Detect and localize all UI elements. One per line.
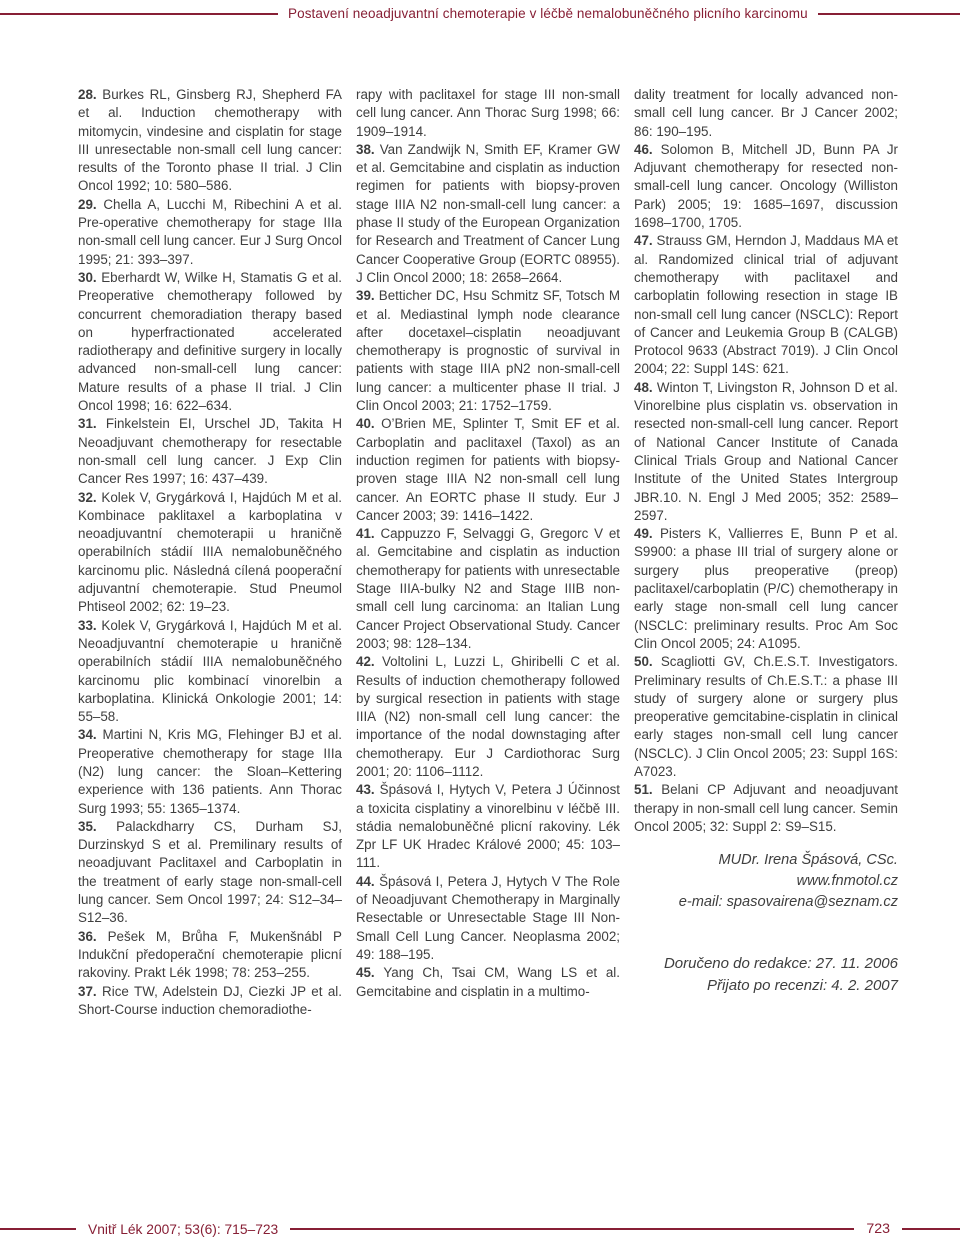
journal-citation: Vnitř Lék 2007; 53(6): 715–723 [76,1222,290,1237]
reference-item: 37. Rice TW, Adelstein DJ, Ciezki JP et … [78,983,342,1020]
reference-item: 35. Palackdharry CS, Durham SJ, Durzinsk… [78,818,342,928]
reference-number: 48. [634,380,657,395]
page-number: 723 [854,1221,902,1237]
reference-number: 36. [78,929,108,944]
reference-item: 29. Chella A, Lucchi M, Ribechini A et a… [78,196,342,269]
reference-number: 33. [78,618,101,633]
reference-number: 34. [78,727,102,742]
running-header: Postavení neoadjuvantní chemoterapie v l… [0,6,960,21]
header-rule-left [0,13,278,15]
reference-number: 31. [78,416,106,431]
editorial-date-line: Doručeno do redakce: 27. 11. 2006 [634,953,898,975]
journal-page: Postavení neoadjuvantní chemoterapie v l… [0,0,960,1241]
article-title: Postavení neoadjuvantní chemoterapie v l… [278,6,818,21]
reference-item: 51. Belani CP Adjuvant and neoadjuvant t… [634,781,898,836]
author-signature-line: MUDr. Irena Špásová, CSc. [634,850,898,871]
reference-number: 41. [356,526,380,541]
author-signature-line: e-mail: spasovairena@seznam.cz [634,892,898,913]
reference-number: 32. [78,490,101,505]
reference-number: 35. [78,819,116,834]
reference-column-3: dality treatment for locally advanced no… [634,86,898,1019]
reference-number: 30. [78,270,101,285]
footer-rule-middle [290,1228,854,1230]
reference-item: 46. Solomon B, Mitchell JD, Bunn PA Jr A… [634,141,898,232]
reference-number: 28. [78,87,102,102]
footer-rule-left [0,1228,76,1230]
reference-number: 37. [78,984,102,999]
reference-column-3-refs: dality treatment for locally advanced no… [634,86,898,836]
reference-number: 49. [634,526,660,541]
editorial-date-line: Přijato po recenzi: 4. 2. 2007 [634,975,898,997]
reference-number: 50. [634,654,661,669]
reference-item: 34. Martini N, Kris MG, Flehinger BJ et … [78,726,342,817]
reference-item: dality treatment for locally advanced no… [634,86,898,141]
reference-item: 43. Špásová I, Hytych V, Petera J Účinno… [356,781,620,872]
reference-number: 29. [78,197,103,212]
reference-item: rapy with paclitaxel for stage III non-s… [356,86,620,141]
reference-number: 46. [634,142,661,157]
reference-item: 45. Yang Ch, Tsai CM, Wang LS et al. Gem… [356,964,620,1001]
reference-item: 48. Winton T, Livingston R, Johnson D et… [634,379,898,525]
reference-number: 51. [634,782,661,797]
author-signature-block: MUDr. Irena Špásová, CSc.www.fnmotol.cze… [634,850,898,913]
reference-number: 47. [634,233,657,248]
reference-columns: 28. Burkes RL, Ginsberg RJ, Shepherd FA … [78,86,898,1019]
reference-item: 30. Eberhardt W, Wilke H, Stamatis G et … [78,269,342,415]
reference-number: 38. [356,142,380,157]
reference-item: 28. Burkes RL, Ginsberg RJ, Shepherd FA … [78,86,342,196]
reference-number: 44. [356,874,379,889]
running-footer: Vnitř Lék 2007; 53(6): 715–723 723 [0,1221,960,1237]
footer-rule-right [902,1228,960,1230]
reference-number: 43. [356,782,380,797]
header-rule-right [818,13,960,15]
reference-item: 41. Cappuzzo F, Selvaggi G, Gregorc V et… [356,525,620,653]
reference-item: 47. Strauss GM, Herndon J, Maddaus MA et… [634,232,898,378]
reference-item: 49. Pisters K, Vallierres E, Bunn P et a… [634,525,898,653]
reference-item: 40. O’Brien ME, Splinter T, Smit EF et a… [356,415,620,525]
reference-item: 36. Pešek M, Brůha F, Mukenšnábl P Induk… [78,928,342,983]
reference-number: 45. [356,965,383,980]
reference-number: 42. [356,654,382,669]
reference-item: 39. Betticher DC, Hsu Schmitz SF, Totsch… [356,287,620,415]
author-signature-line: www.fnmotol.cz [634,871,898,892]
reference-number: 40. [356,416,381,431]
reference-number: 39. [356,288,379,303]
reference-item: 42. Voltolini L, Luzzi L, Ghiribelli C e… [356,653,620,781]
reference-item: 32. Kolek V, Grygárková I, Hajdúch M et … [78,489,342,617]
reference-item: 31. Finkelstein EI, Urschel JD, Takita H… [78,415,342,488]
reference-column-2: rapy with paclitaxel for stage III non-s… [356,86,620,1019]
reference-item: 38. Van Zandwijk N, Smith EF, Kramer GW … [356,141,620,287]
reference-item: 44. Špásová I, Petera J, Hytych V The Ro… [356,873,620,964]
editorial-dates-block: Doručeno do redakce: 27. 11. 2006Přijato… [634,953,898,997]
reference-column-1: 28. Burkes RL, Ginsberg RJ, Shepherd FA … [78,86,342,1019]
reference-item: 33. Kolek V, Grygárková I, Hajdúch M et … [78,617,342,727]
reference-item: 50. Scagliotti GV, Ch.E.S.T. Investigato… [634,653,898,781]
